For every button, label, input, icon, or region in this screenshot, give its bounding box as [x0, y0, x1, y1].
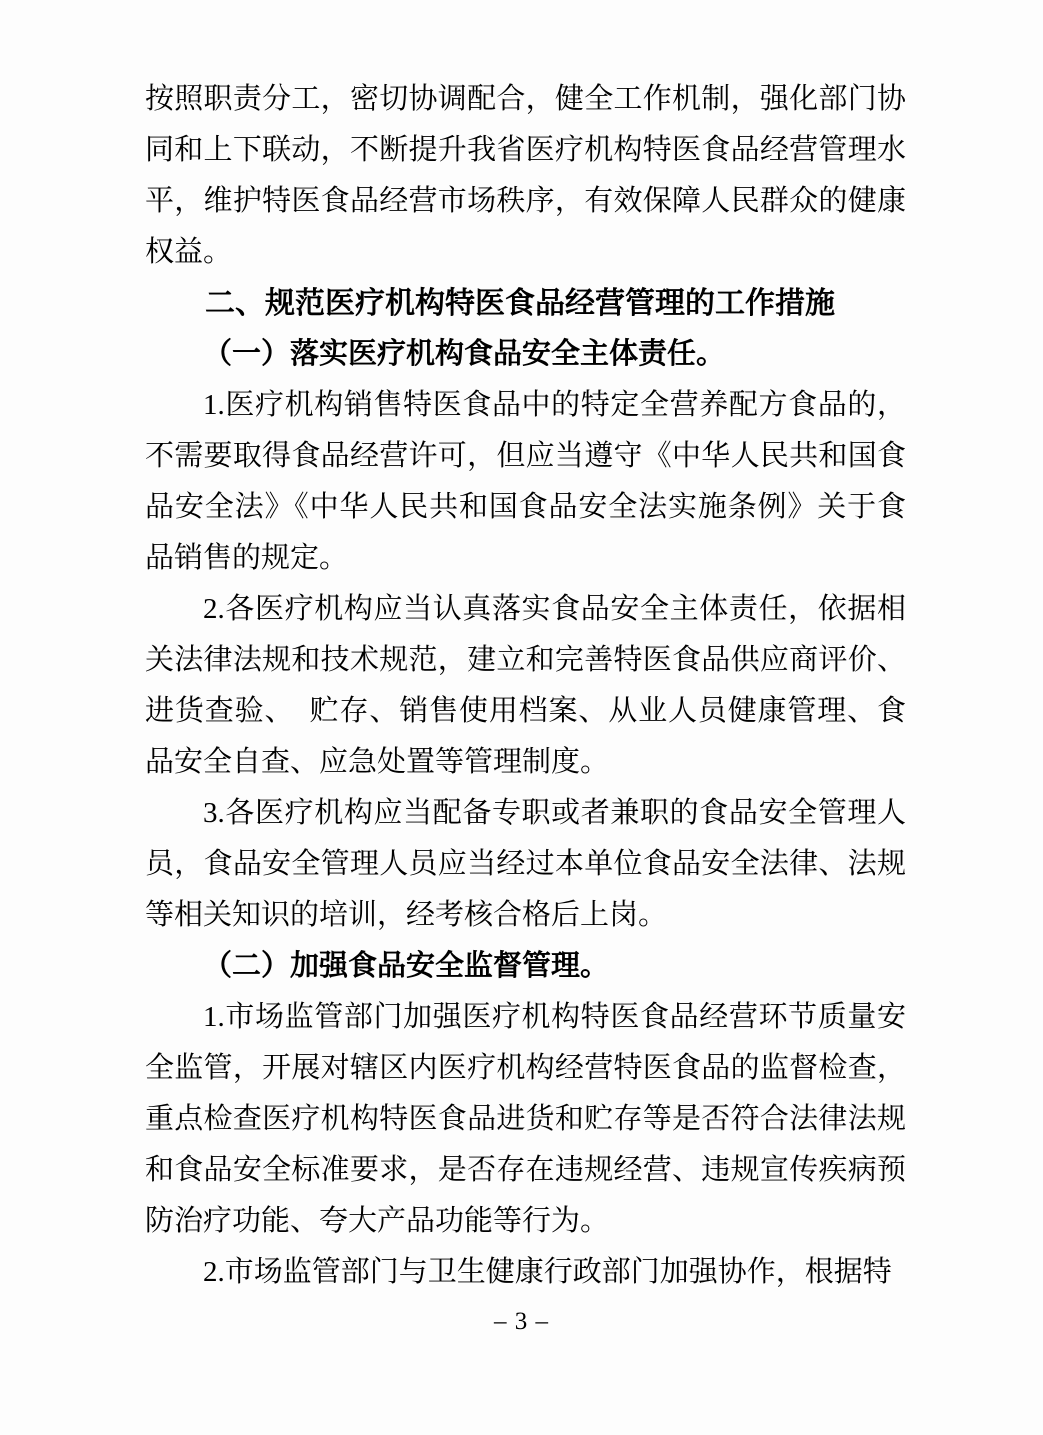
paragraph-continuation: 按照职责分工，密切协调配合，健全工作机制，强化部门协同和上下联动，不断提升我省医…	[145, 74, 906, 278]
subsection-heading-1: （一）落实医疗机构食品安全主体责任。	[145, 329, 906, 380]
document-body: 按照职责分工，密切协调配合，健全工作机制，强化部门协同和上下联动，不断提升我省医…	[145, 74, 906, 1298]
body-paragraph-2-2: 2.市场监管部门与卫生健康行政部门加强协作，根据特	[145, 1247, 906, 1298]
page-number: – 3 –	[0, 1302, 1043, 1342]
section-heading: 二、规范医疗机构特医食品经营管理的工作措施	[145, 278, 906, 329]
subsection-heading-2: （二）加强食品安全监督管理。	[145, 941, 906, 992]
body-paragraph-1-1: 1.医疗机构销售特医食品中的特定全营养配方食品的，不需要取得食品经营许可，但应当…	[145, 380, 906, 584]
body-paragraph-2-1: 1.市场监管部门加强医疗机构特医食品经营环节质量安全监管，开展对辖区内医疗机构经…	[145, 992, 906, 1247]
document-page: 按照职责分工，密切协调配合，健全工作机制，强化部门协同和上下联动，不断提升我省医…	[0, 0, 1043, 1435]
body-paragraph-1-3: 3.各医疗机构应当配备专职或者兼职的食品安全管理人员，食品安全管理人员应当经过本…	[145, 788, 906, 941]
body-paragraph-1-2: 2.各医疗机构应当认真落实食品安全主体责任，依据相关法律法规和技术规范，建立和完…	[145, 584, 906, 788]
